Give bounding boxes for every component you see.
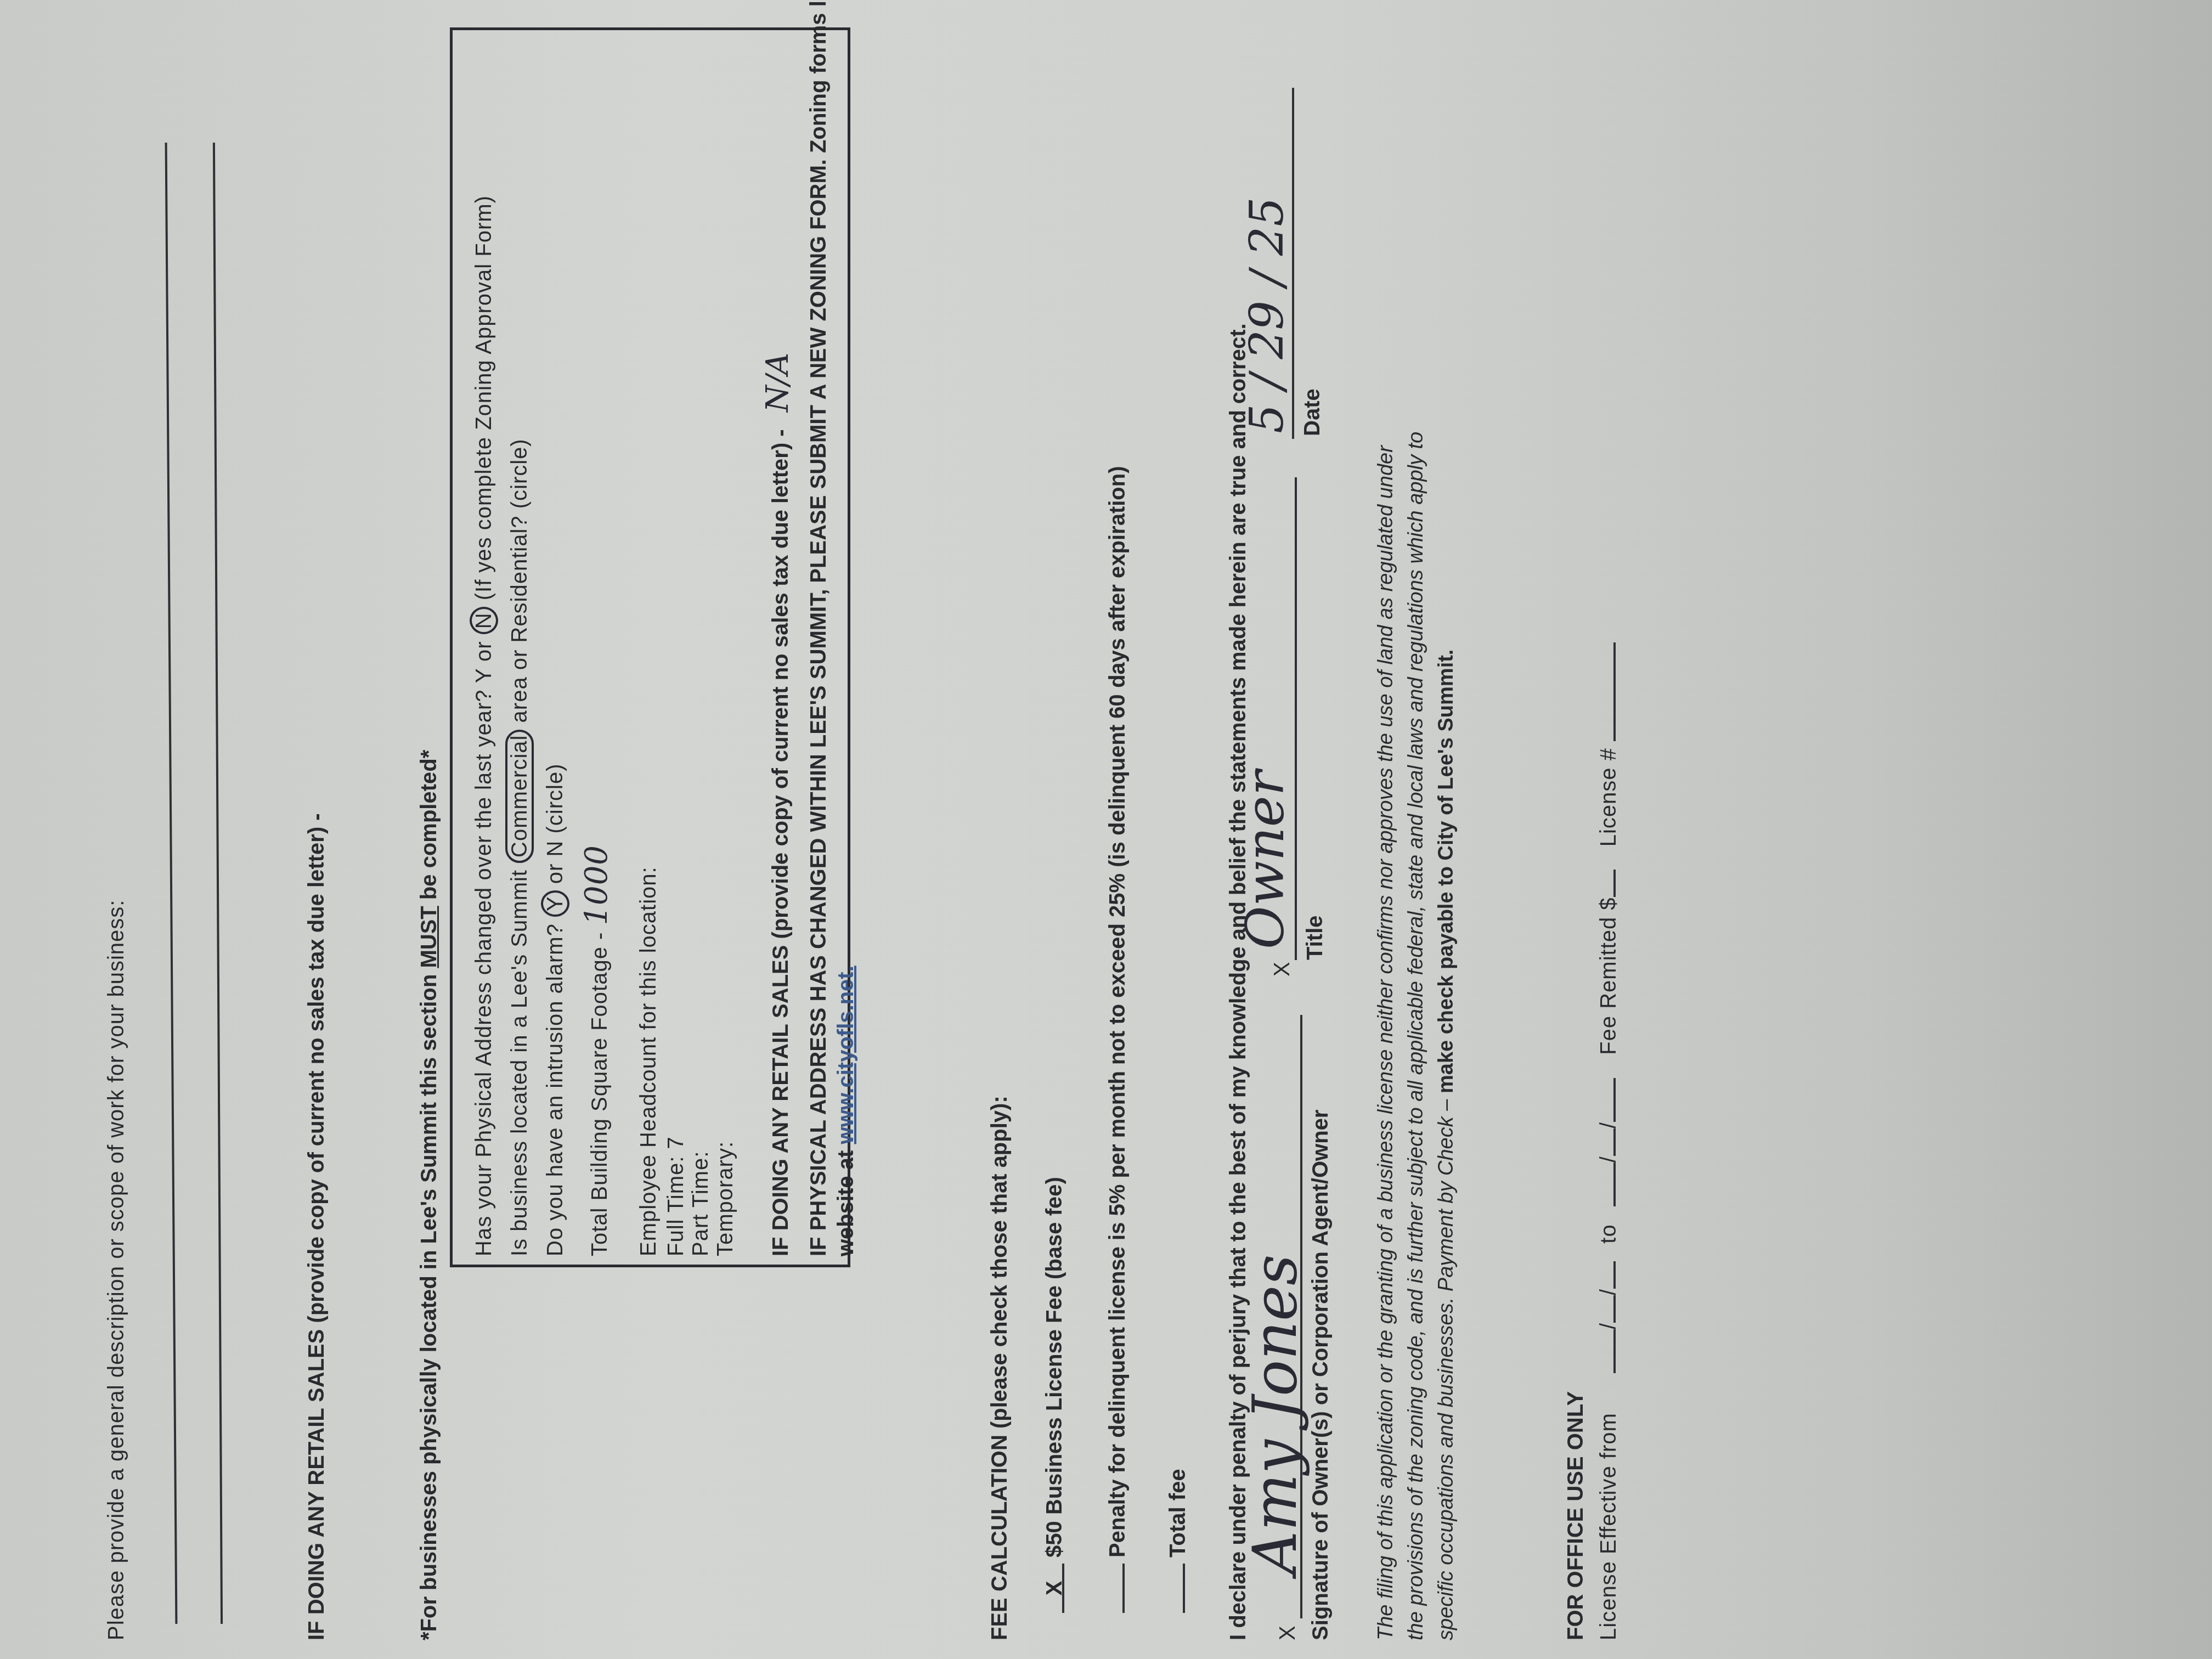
title-label: Title (1303, 915, 1328, 960)
alarm-question: Do you have an intrusion alarm? Y or N (… (543, 764, 568, 1257)
website-row: website at www.cityofls.net. (834, 966, 859, 1256)
signature-x: X (1276, 1625, 1300, 1640)
retail-sales-answer[interactable]: N/A (760, 353, 795, 412)
box-retail-sales-row: IF DOING ANY RETAIL SALES (provide copy … (760, 353, 795, 1256)
disclaimer-line-3: specific occupations and businesses. Pay… (1435, 650, 1458, 1640)
headcount-label: Employee Headcount for this location: (636, 866, 661, 1256)
sqft-value[interactable]: 1000 (579, 845, 614, 926)
full-time-value[interactable]: 7 (664, 1136, 688, 1149)
full-time-row: Full Time: 7 (664, 1136, 689, 1256)
temporary-label: Temporary: (713, 1141, 738, 1256)
office-use-row: License Effective from // to // Fee Remi… (1594, 642, 1621, 1640)
license-number-field[interactable] (1594, 642, 1616, 741)
disclaimer-line-1: The filing of this application or the gr… (1374, 445, 1398, 1640)
address-changed-answer[interactable]: N (470, 607, 498, 634)
total-fee-row: Total fee (1163, 1469, 1190, 1613)
date-value[interactable]: 5 / 29 / 25 (1240, 197, 1294, 433)
sqft-row: Total Building Square Footage - 1000 (579, 845, 614, 1256)
effective-from-day[interactable] (1594, 1295, 1616, 1323)
address-change-notice: IF PHYSICAL ADDRESS HAS CHANGED WITHIN L… (806, 0, 831, 1256)
fee-remitted-field[interactable] (1594, 870, 1616, 897)
fee-calculation-heading: FEE CALCULATION (please check those that… (988, 1096, 1012, 1640)
title-x: X (1270, 961, 1295, 977)
alarm-answer[interactable]: Y (541, 890, 569, 917)
base-fee-checkbox[interactable]: X (1042, 1564, 1064, 1613)
part-time-label: Part Time: (689, 1151, 713, 1256)
signature-value[interactable]: Amy Jones (1240, 1254, 1310, 1575)
date-label: Date (1300, 388, 1325, 436)
penalty-checkbox[interactable] (1103, 1564, 1125, 1613)
description-line-2[interactable] (213, 143, 223, 1624)
title-value[interactable]: Owner (1234, 771, 1296, 949)
effective-from-year[interactable] (1594, 1261, 1616, 1289)
address-changed-question: Has your Physical Address changed over t… (472, 195, 496, 1256)
disclaimer-line-2: the provisions of the zoning code, and i… (1404, 432, 1428, 1640)
total-fee-field[interactable] (1163, 1564, 1185, 1613)
penalty-row: Penalty for delinquent license is 5% per… (1103, 466, 1130, 1613)
effective-to-year[interactable] (1594, 1078, 1616, 1122)
description-prompt: Please provide a general description or … (104, 900, 129, 1640)
location-answer[interactable]: Commercial (505, 730, 534, 863)
location-question: Is business located in a Lee's Summit Co… (507, 438, 532, 1256)
effective-from-month[interactable] (1594, 1329, 1616, 1373)
license-form-page: Please provide a general description or … (33, 5, 1679, 1640)
effective-to-month[interactable] (1594, 1163, 1616, 1206)
website-link[interactable]: www.cityofls.net. (834, 966, 858, 1144)
retail-sales-heading: IF DOING ANY RETAIL SALES (provide copy … (304, 813, 329, 1640)
base-fee-row: X $50 Business License Fee (base fee) (1042, 1177, 1067, 1613)
signature-label: Signature of Owner(s) or Corporation Age… (1308, 1110, 1333, 1640)
office-use-heading: FOR OFFICE USE ONLY (1564, 1391, 1588, 1640)
description-line-1[interactable] (165, 143, 178, 1624)
lees-summit-heading: *For businesses physically located in Le… (417, 750, 442, 1640)
effective-to-day[interactable] (1594, 1128, 1616, 1156)
